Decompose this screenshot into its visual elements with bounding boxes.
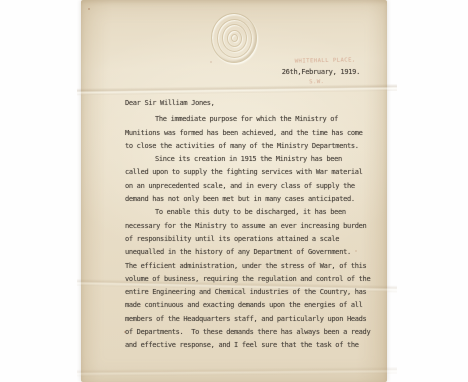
address-stamp-line: WHITEHALL PLACE, <box>295 57 356 65</box>
letter-line: necessary for the Ministry to assume an … <box>125 220 375 233</box>
letter-line: called upon to supply the fighting servi… <box>125 166 375 179</box>
letter-line: to close the activities of many of the M… <box>125 140 375 153</box>
letter-line: unequalled in the history of any Departm… <box>125 246 375 259</box>
embossed-seal-ring <box>227 30 242 47</box>
letter-line: Munitions was formed has been achieved, … <box>125 127 375 140</box>
embossed-seal-ring <box>222 24 247 52</box>
letter-line: of Departments. To these demands there h… <box>125 326 375 339</box>
letter-line: members of the Headquarters staff, and p… <box>125 313 375 326</box>
letter-paper: WHITEHALL PLACE, S.W. 26th,February, 191… <box>81 0 387 382</box>
paper-crease <box>77 367 397 377</box>
embossed-seal-ring <box>217 19 252 58</box>
letter-line: The efficient administration, under the … <box>125 260 375 273</box>
embossed-seal-ring <box>231 34 238 42</box>
letter-line: and effective response, and I feel sure … <box>125 339 375 352</box>
photo-background: WHITEHALL PLACE, S.W. 26th,February, 191… <box>0 0 468 382</box>
letter-line: Dear Sir William Jones, <box>125 97 375 110</box>
letter-line: made continuous and exacting demands upo… <box>125 299 375 312</box>
letter-line: volume of business, requiring the regula… <box>125 273 375 286</box>
letter-line: demand has not only been met but in many… <box>125 193 375 206</box>
letter-date: 26th,February, 1919. <box>282 68 360 76</box>
letter-line: To enable this duty to be discharged, it… <box>125 206 375 219</box>
embossed-seal-icon <box>211 13 257 63</box>
foxing-spot <box>88 8 90 10</box>
letter-body: Dear Sir William Jones,The immediate pur… <box>125 97 375 353</box>
letter-line: Since its creation in 1915 the Ministry … <box>125 153 375 166</box>
foxing-spot <box>210 61 212 63</box>
letter-line: The immediate purpose for which the Mini… <box>125 113 375 126</box>
letter-line: of responsibility until its operations a… <box>125 233 375 246</box>
letter-line: on an unprecedented scale, and in every … <box>125 180 375 193</box>
address-stamp-line: S.W. <box>295 78 356 86</box>
letter-line: entire Engineering and Chemical industri… <box>125 286 375 299</box>
